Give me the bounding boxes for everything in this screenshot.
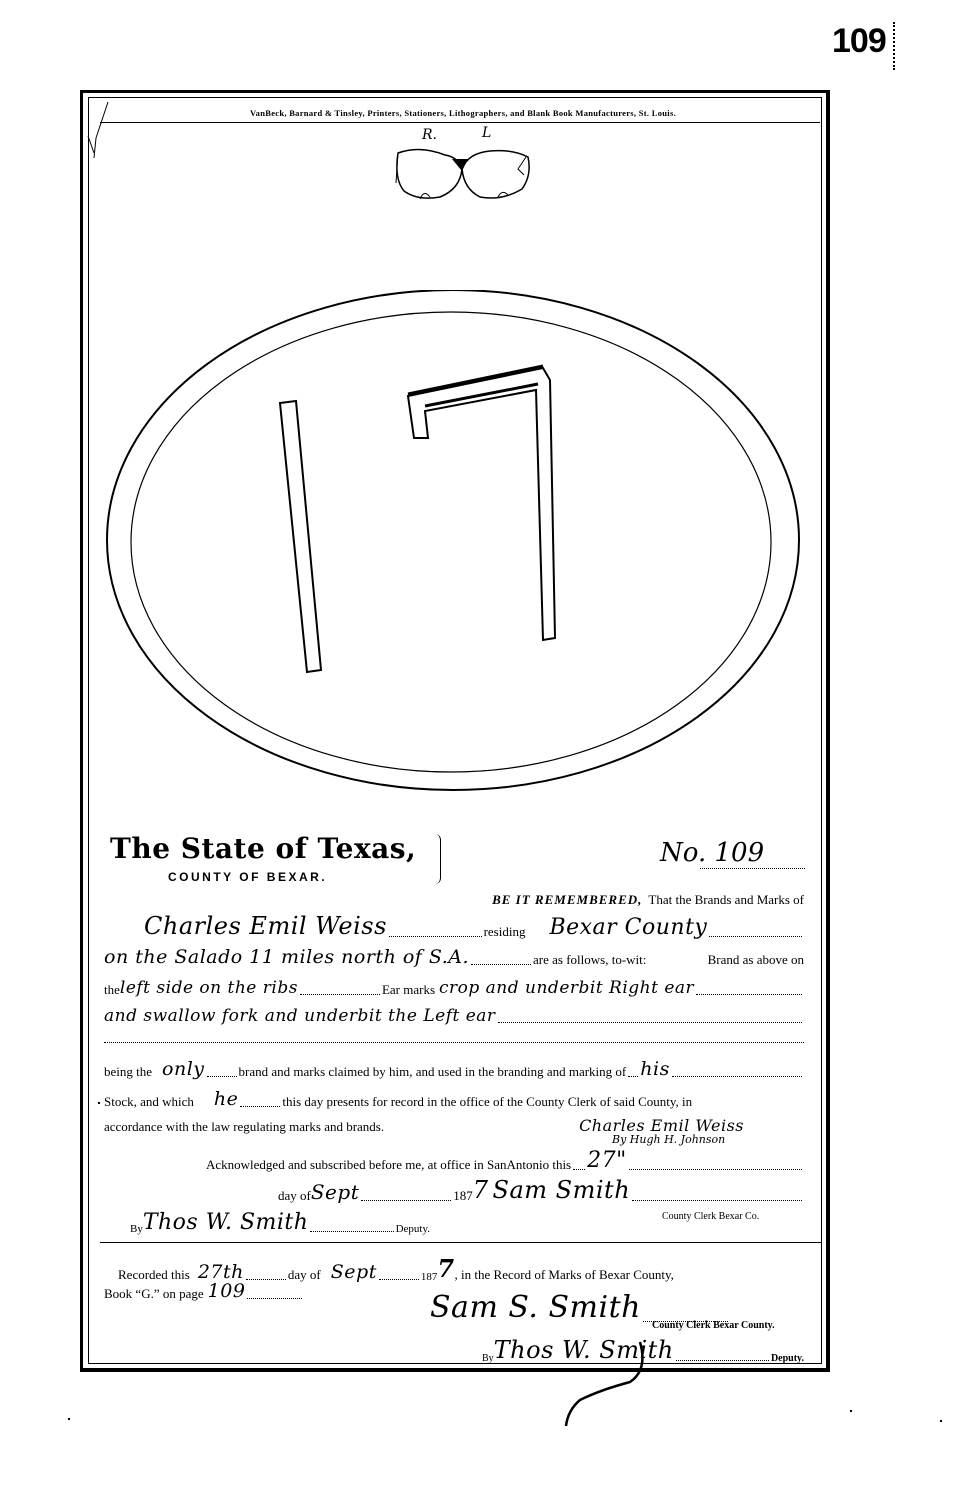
ear-right-label: R. [422, 127, 437, 143]
clerk-signature: Sam Smith [493, 1176, 631, 1204]
he-value: he [214, 1088, 238, 1110]
owner-name: Charles Emil Weiss [144, 912, 387, 940]
scan-speck [68, 1418, 70, 1420]
day-of-label: day of [278, 1188, 311, 1204]
being-the-label: being the [104, 1064, 152, 1080]
page-edge-marks [893, 22, 897, 70]
deputy-line: By Thos W. Smith Deputy. [130, 1210, 430, 1235]
scan-speck [98, 1102, 100, 1104]
title-bracket [434, 834, 441, 884]
signature-flourish [560, 1340, 650, 1430]
residing-label: residing [484, 924, 526, 940]
stock-which-label: Stock, and which [104, 1094, 194, 1110]
brand-drawing [103, 290, 803, 810]
ear-marks-line-2: and swallow fork and underbit the Left e… [104, 1006, 496, 1026]
deputy-label: Deputy. [396, 1223, 430, 1235]
brand-location: left side on the ribs [120, 978, 298, 998]
his-value: his [640, 1058, 670, 1080]
ear-marks-line-1: crop and underbit Right ear [439, 978, 694, 998]
record-number-label: No. [660, 838, 706, 868]
ear-left-label: L [482, 125, 491, 141]
book-label: Book “G.” on page [104, 1286, 204, 1302]
ack-year-prefix: 187 [453, 1188, 473, 1204]
record-number: No. 109 [660, 838, 764, 868]
as-follows-label: are as follows, to-wit: [533, 952, 646, 968]
brand-figure-one [280, 401, 321, 672]
scan-speck [850, 1410, 852, 1412]
only-value: only [162, 1058, 205, 1080]
being-the-line: being the only brand and marks claimed b… [104, 1058, 804, 1080]
header-rule [100, 122, 820, 123]
owner-location: on the Salado 11 miles north of S.A. [104, 946, 469, 968]
county-heading: COUNTY OF BEXAR. [168, 870, 327, 884]
ack-month: Sept [311, 1180, 359, 1204]
margin-pen-stroke [86, 98, 116, 168]
clerk-title: County Clerk Bexar Co. [662, 1211, 759, 1222]
stock-line: Stock, and which he this day presents fo… [104, 1088, 804, 1110]
scan-speck [940, 1420, 942, 1422]
ack-date-line: day of Sept 187 7 Sam Smith [278, 1176, 804, 1204]
recorded-line: Recorded this 27th day of Sept 187 7 , i… [118, 1254, 804, 1283]
recorded-clerk-title: County Clerk Bexar County. [652, 1320, 775, 1331]
the-label: the [104, 982, 120, 998]
brand-as-above-label: Brand as above on [708, 952, 804, 968]
ear-mark-diagram: R. L [390, 125, 540, 200]
presents-text: this day presents for record in the offi… [282, 1094, 692, 1110]
recorded-year-prefix: 187 [421, 1271, 438, 1283]
ack-day: 27" [587, 1148, 627, 1173]
record-tail-text: , in the Record of Marks of Bexar County… [455, 1267, 674, 1283]
residence: Bexar County [549, 915, 707, 940]
deputy-signature: Thos W. Smith [143, 1210, 309, 1235]
recorded-clerk-signature: Sam S. Smith [430, 1290, 641, 1325]
owner-line: Charles Emil Weiss residing Bexar County [104, 912, 804, 940]
recorded-year-suffix: 7 [437, 1254, 454, 1283]
printer-imprint: VanBeck, Barnard & Tinsley, Printers, St… [118, 108, 808, 118]
recorded-deputy-label: Deputy. [771, 1353, 804, 1364]
section-divider [100, 1242, 822, 1243]
document-title: The State of Texas, [110, 832, 416, 865]
ack-year-suffix: 7 [473, 1176, 489, 1204]
ear-marks-continued-line: and swallow fork and underbit the Left e… [104, 1006, 804, 1026]
blank-dotted-line [104, 1042, 804, 1043]
acknowledged-text: Acknowledged and subscribed before me, a… [206, 1157, 571, 1173]
ear-marks-label: Ear marks [382, 982, 435, 998]
intro-tail: That the Brands and Marks of [648, 892, 804, 908]
recorded-by-label: By [482, 1353, 494, 1364]
record-number-line [700, 868, 805, 869]
record-number-value: 109 [714, 838, 764, 868]
page-number: 109 [832, 22, 886, 61]
book-page-line: Book “G.” on page 109 [104, 1280, 304, 1302]
recorded-month: Sept [331, 1261, 377, 1283]
book-page: 109 [208, 1280, 246, 1302]
brand-figure-seven [408, 368, 555, 640]
accordance-text: accordance with the law regulating marks… [104, 1119, 384, 1135]
brand-claimed-text: brand and marks claimed by him, and used… [239, 1064, 627, 1080]
ear-diagram-icon [390, 143, 540, 203]
be-it-remembered: BE IT REMEMBERED, [492, 892, 642, 908]
owner-signature-by: By Hugh H. Johnson [612, 1133, 725, 1146]
location-line: on the Salado 11 miles north of S.A. are… [104, 946, 804, 968]
intro-line: BE IT REMEMBERED, That the Brands and Ma… [104, 892, 804, 908]
acknowledged-line: Acknowledged and subscribed before me, a… [206, 1148, 804, 1173]
brand-location-line: the left side on the ribs Ear marks crop… [104, 978, 804, 998]
by-label: By [130, 1223, 143, 1235]
